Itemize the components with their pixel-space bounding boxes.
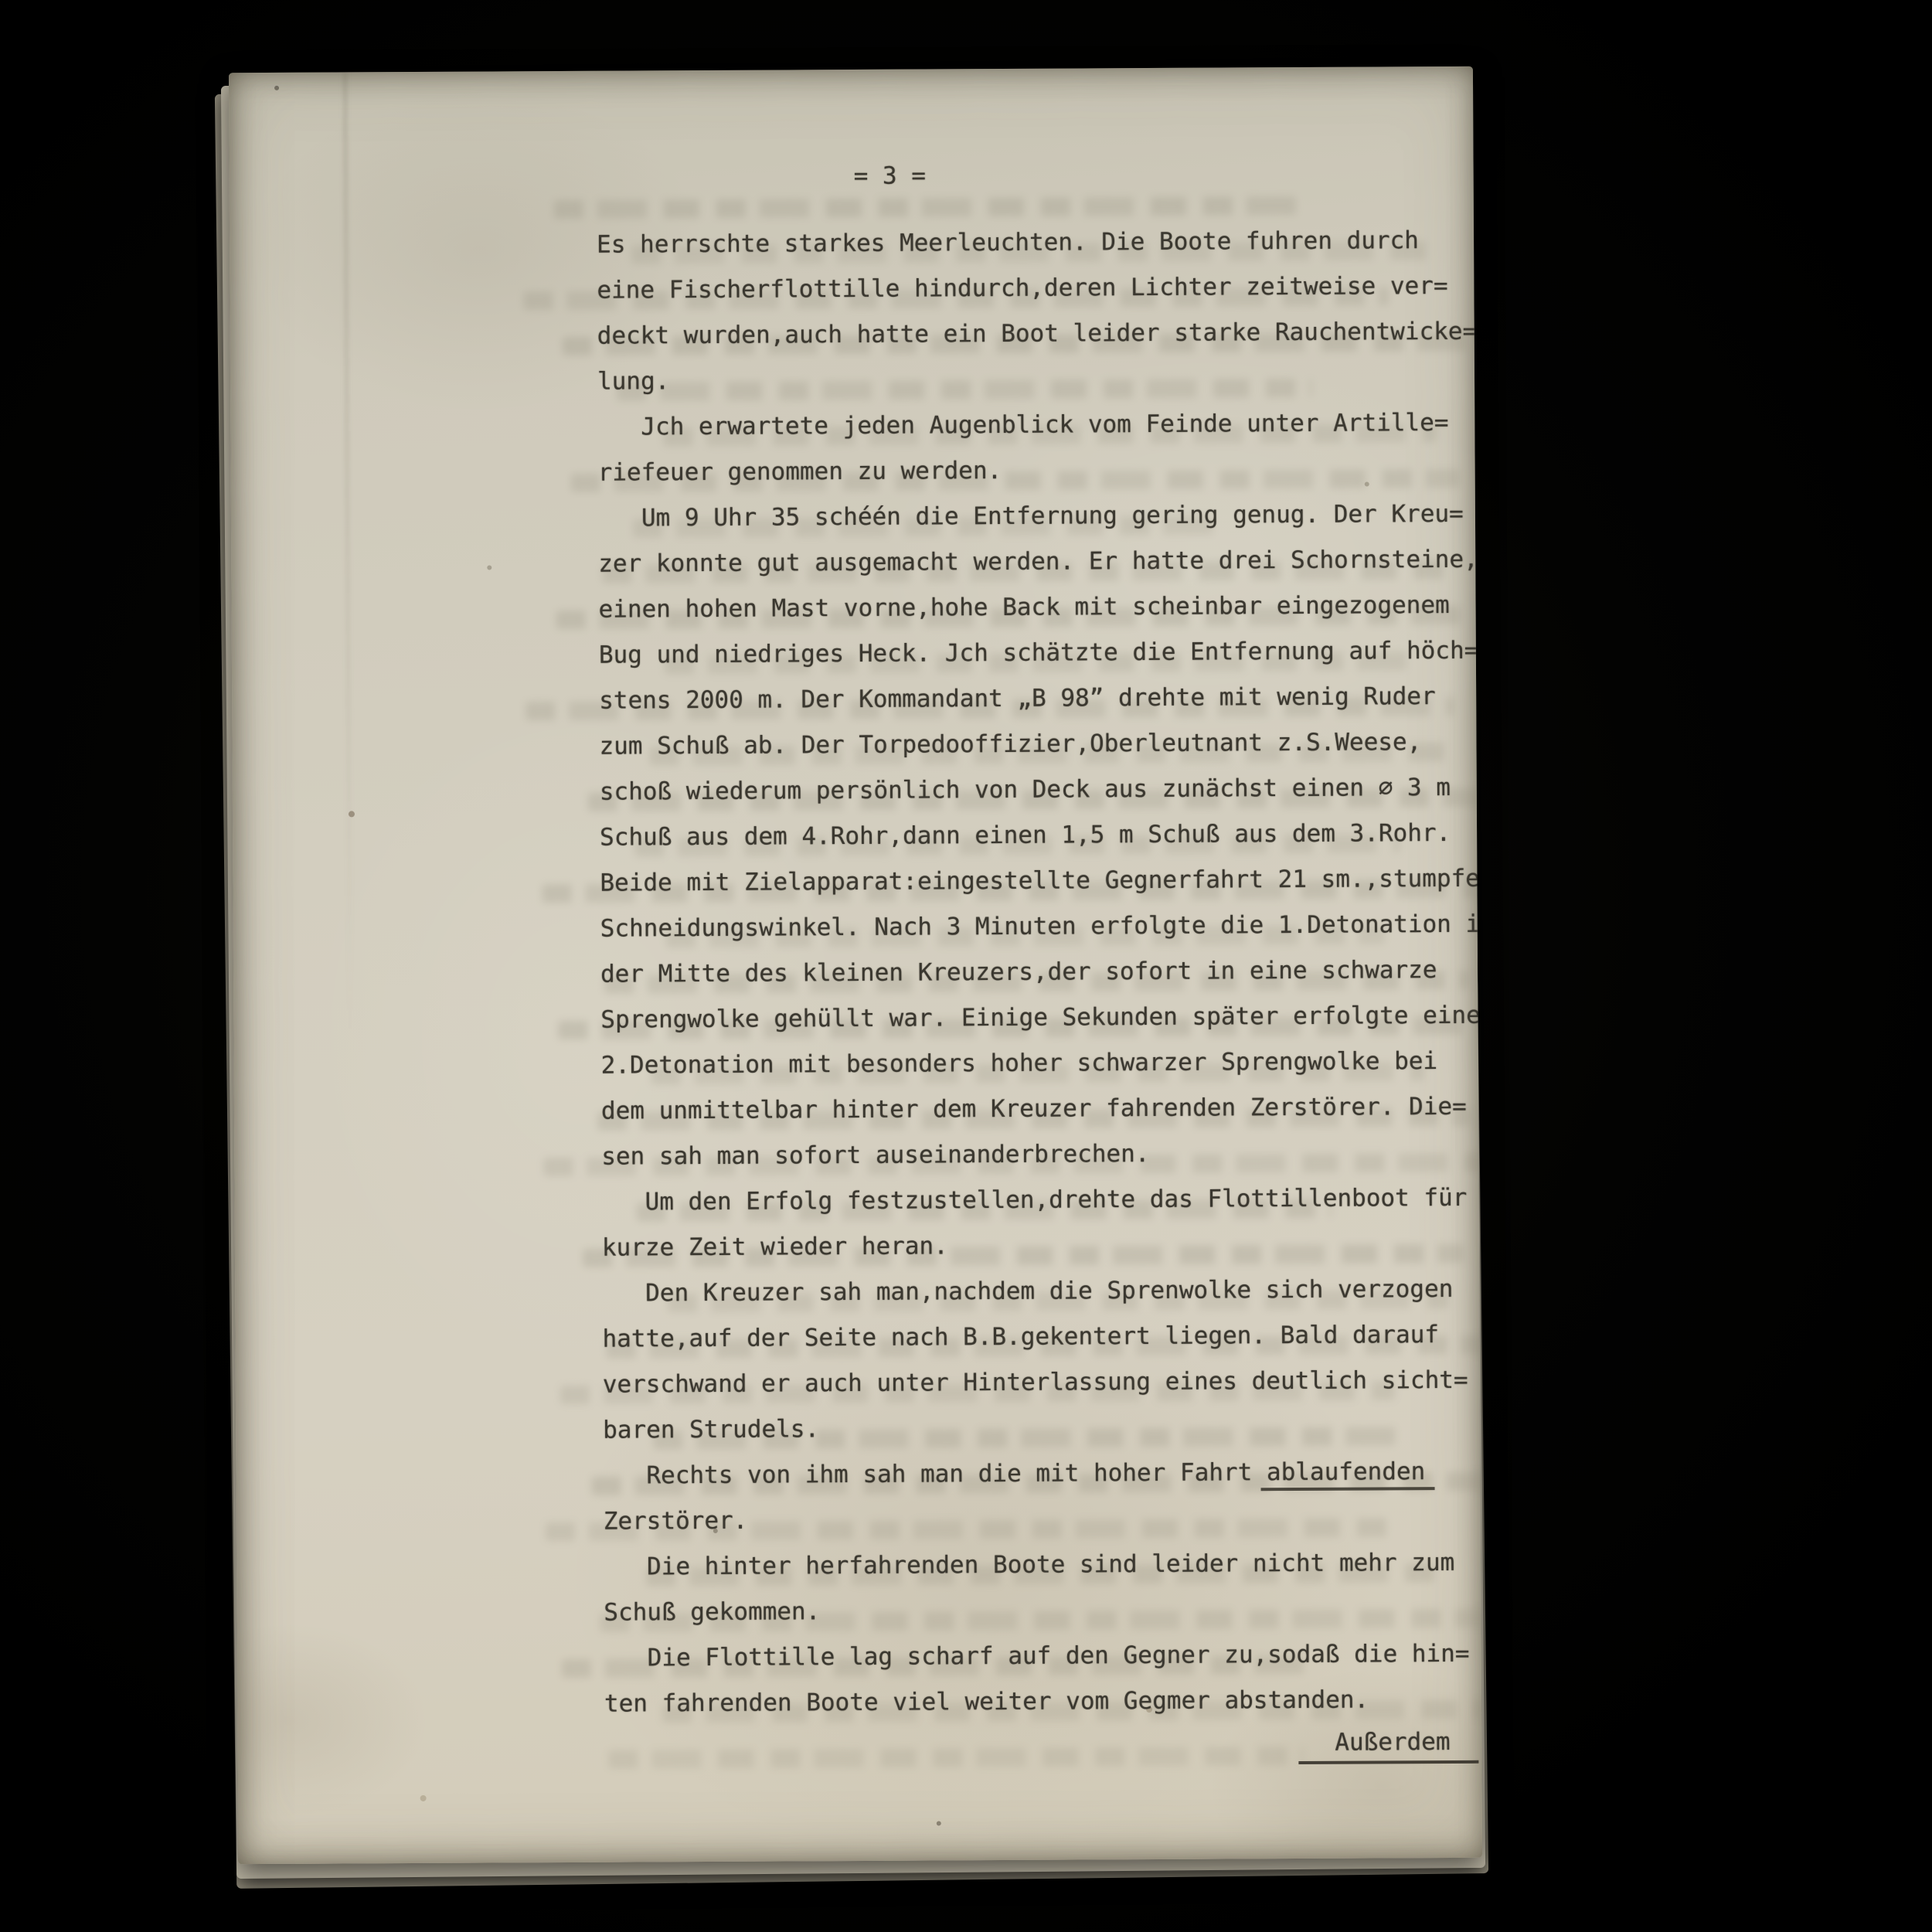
text-line: baren Strudels. bbox=[603, 1403, 1482, 1454]
photo-background: = 3 = Es herrschte starkes Meerleuchten.… bbox=[0, 0, 1932, 1932]
text-line: schoß wiederum persönlich von Deck aus z… bbox=[600, 765, 1482, 815]
document-body: Es herrschte starkes Meerleuchten. Die B… bbox=[597, 218, 1482, 1727]
text-line: sen sah man sofort auseinanderbrechen. bbox=[601, 1130, 1482, 1180]
catchword: Außerdem bbox=[1298, 1728, 1479, 1764]
text-line: Sprengwolke gehüllt war. Einige Sekunden… bbox=[600, 993, 1482, 1043]
text-line: Bug und niedriges Heck. Jch schätzte die… bbox=[599, 628, 1482, 679]
text-line: zer konnte gut ausgemacht werden. Er hat… bbox=[598, 537, 1482, 587]
text-line: deckt wurden,auch hatte ein Boot leider … bbox=[597, 309, 1482, 359]
text-line: Rechts von ihm sah man die mit hoher Fah… bbox=[603, 1449, 1482, 1499]
text-line: Beide mit Zielapparat:eingestellte Gegne… bbox=[600, 856, 1482, 906]
text-line: Um 9 Uhr 35 schéén die Entfernung gering… bbox=[598, 492, 1482, 542]
text-line: verschwand er auch unter Hinterlassung e… bbox=[603, 1358, 1482, 1408]
text-line: 2.Detonation mit besonders hoher schwarz… bbox=[601, 1039, 1483, 1089]
text-line: kurze Zeit wieder heran. bbox=[602, 1221, 1482, 1271]
underlined-word: ablaufenden bbox=[1260, 1458, 1435, 1491]
text-line: ten fahrenden Boote viel weiter vom Gegm… bbox=[604, 1677, 1482, 1727]
text-line: Schuß gekommen. bbox=[604, 1586, 1482, 1636]
text-line: stens 2000 m. Der Kommandant „B 98” dreh… bbox=[599, 674, 1482, 724]
text-line: riefeuer genommen zu werden. bbox=[598, 446, 1483, 496]
text-line: dem unmittelbar hinter dem Kreuzer fahre… bbox=[601, 1084, 1482, 1134]
catchword-line: Außerdem bbox=[1298, 1728, 1479, 1764]
text-line: Den Kreuzer sah man,nachdem die Sprenwol… bbox=[602, 1267, 1482, 1317]
paper-crease bbox=[343, 72, 352, 1038]
bleed-through-line bbox=[608, 1747, 1304, 1769]
text-line: Die Flottille lag scharf auf den Gegner … bbox=[604, 1631, 1483, 1682]
text-line: Schuß aus dem 4.Rohr,dann einen 1,5 m Sc… bbox=[600, 811, 1482, 861]
bleed-through-line bbox=[554, 196, 1311, 219]
text-line: Schneidungswinkel. Nach 3 Minuten erfolg… bbox=[600, 902, 1482, 952]
text-line: der Mitte des kleinen Kreuzers,der sofor… bbox=[600, 947, 1482, 998]
text-line: eine Fischerflottille hindurch,deren Lic… bbox=[597, 264, 1482, 314]
text-line: hatte,auf der Seite nach B.B.gekentert l… bbox=[602, 1312, 1482, 1362]
document-page: = 3 = Es herrschte starkes Meerleuchten.… bbox=[229, 66, 1482, 1864]
paper-specks bbox=[229, 73, 232, 76]
text-line: zum Schuß ab. Der Torpedooffizier,Oberle… bbox=[599, 719, 1482, 770]
text-line: Um den Erfolg festzustellen,drehte das F… bbox=[601, 1175, 1482, 1226]
text-line: einen hohen Mast vorne,hohe Back mit sch… bbox=[598, 583, 1482, 633]
text-line: Es herrschte starkes Meerleuchten. Die B… bbox=[597, 218, 1482, 268]
text-line: Zerstörer. bbox=[604, 1495, 1482, 1545]
text-line: Die hinter herfahrenden Boote sind leide… bbox=[604, 1540, 1482, 1590]
text-line: Jch erwartete jeden Augenblick vom Feind… bbox=[597, 400, 1482, 451]
text-line: lung. bbox=[597, 355, 1482, 405]
bleed-through-text bbox=[229, 66, 1473, 73]
page-number: = 3 = bbox=[854, 161, 927, 192]
